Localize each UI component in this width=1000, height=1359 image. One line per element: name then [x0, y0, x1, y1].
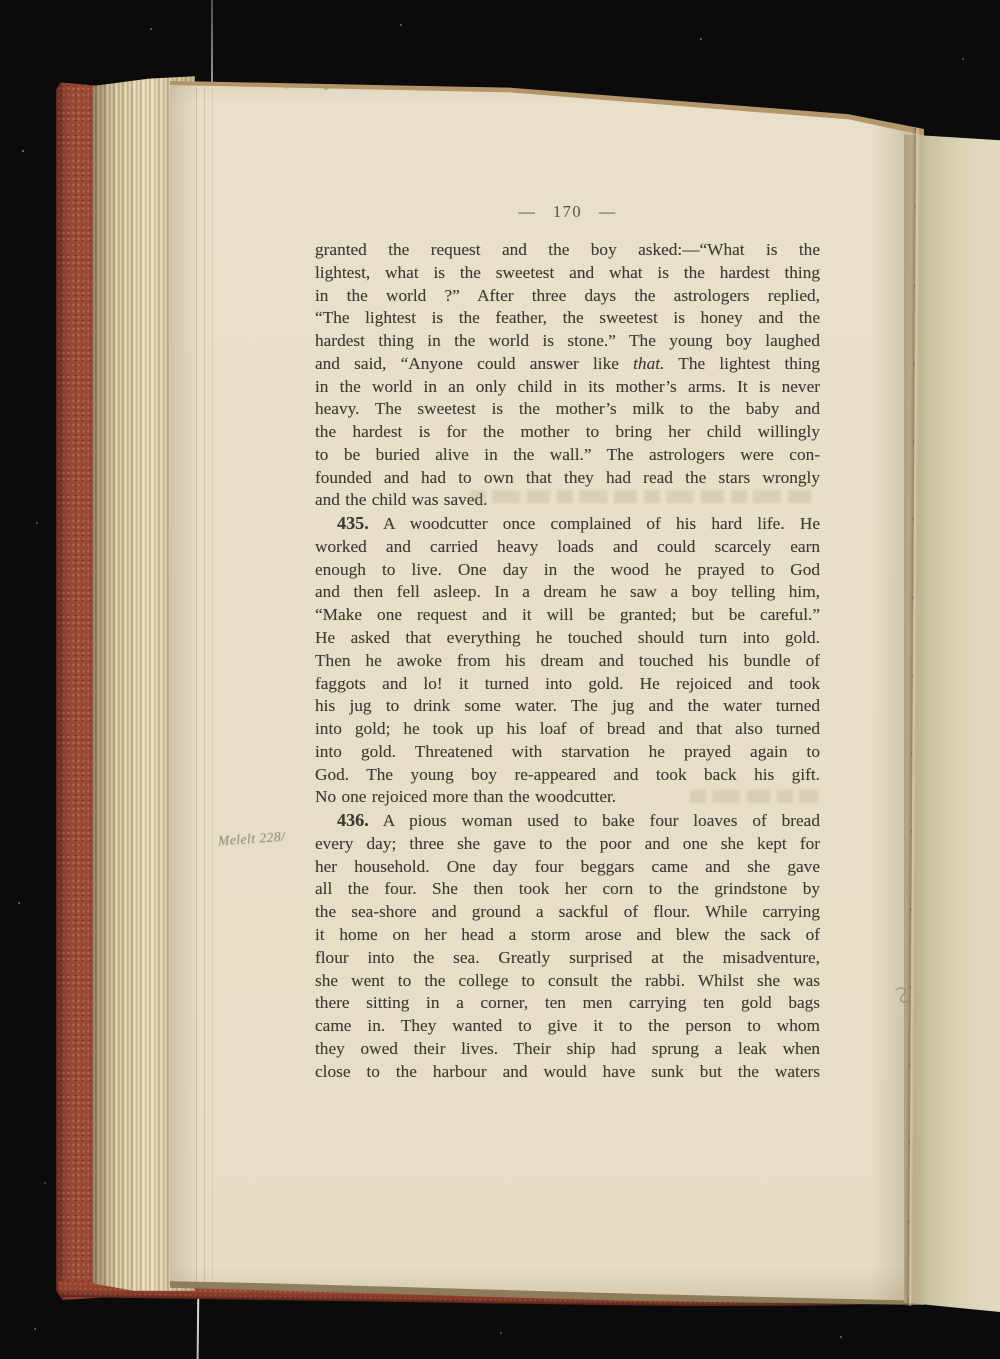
text-line: close to the harbour and would have sunk… — [315, 1061, 820, 1084]
text-line: 436. A pious woman used to bake four loa… — [315, 809, 820, 833]
text-line: into gold. Threatened with starvation he… — [315, 741, 820, 764]
text-line: hardest thing in the world is stone.” Th… — [315, 330, 820, 353]
text-line: they owed their lives. Their ship had sp… — [315, 1038, 820, 1061]
gutter-pencil-mark — [893, 984, 913, 1008]
text-line: all the four. She then took her corn to … — [315, 878, 820, 901]
text-line: lightest, what is the sweetest and what … — [315, 262, 820, 285]
bookmark-string-top — [211, 0, 213, 86]
text-line: God. The young boy re-appeared and took … — [315, 764, 820, 787]
text-line: it home on her head a storm arose and bl… — [315, 924, 820, 947]
text-line: granted the request and the boy asked:—“… — [315, 239, 820, 262]
text-line: heavy. The sweetest is the mother’s milk… — [315, 398, 820, 421]
text-line: in the world in an only child in its mot… — [315, 376, 820, 399]
paragraph: 436. A pious woman used to bake four loa… — [315, 809, 820, 1083]
text-line: flour into the sea. Greatly surprised at… — [315, 947, 820, 970]
text-line: every day; three she gave to the poor an… — [315, 833, 820, 856]
text-line: worked and carried heavy loads and could… — [315, 536, 820, 559]
underleaf-edge-lines — [196, 88, 218, 1288]
text-line: came in. They wanted to give it to the p… — [315, 1015, 820, 1038]
text-line: in the world ?” After three days the ast… — [315, 285, 820, 308]
text-line: 435. A woodcutter once complained of his… — [315, 512, 820, 536]
text-line: “Make one request and it will be granted… — [315, 604, 820, 627]
text-line: and then fell asleep. In a dream he saw … — [315, 581, 820, 604]
paragraph: granted the request and the boy asked:—“… — [315, 239, 820, 512]
show-through-ghost-text — [470, 490, 818, 503]
text-line: “The lightest is the feather, the sweete… — [315, 307, 820, 330]
paragraph: 435. A woodcutter once complained of his… — [315, 512, 820, 809]
text-line: faggots and lo! it turned into gold. He … — [315, 673, 820, 696]
text-line: her household. One day four beggars came… — [315, 856, 820, 879]
margin-note-handwriting: Melelt 228/ — [218, 829, 286, 850]
show-through-ghost-text — [690, 790, 818, 803]
text-line: founded and had to own that they had rea… — [315, 467, 820, 490]
text-line: his jug to drink some water. The jug and… — [315, 695, 820, 718]
text-line: and said, “Anyone could answer like that… — [315, 353, 820, 376]
text-line: the sea-shore and ground a sackful of fl… — [315, 901, 820, 924]
text-block: granted the request and the boy asked:—“… — [315, 239, 820, 1083]
text-line: Then he awoke from his dream and touched… — [315, 650, 820, 673]
text-line: the hardest is for the mother to bring h… — [315, 421, 820, 444]
text-line: there sitting in a corner, ten men carry… — [315, 992, 820, 1015]
text-line: into gold; he took up his loaf of bread … — [315, 718, 820, 741]
dust-speckles — [22, 150, 24, 152]
text-line: to be buried alive in the wall.” The ast… — [315, 444, 820, 467]
book-scan-photo: — 170 — granted the request and the boy … — [0, 0, 1000, 1359]
text-line: He asked that everything he touched shou… — [315, 627, 820, 650]
book-page: — 170 — granted the request and the boy … — [170, 74, 924, 1302]
text-line: enough to live. One day in the wood he p… — [315, 559, 820, 582]
page-number: — 170 — — [315, 202, 820, 222]
text-line: she went to the college to consult the r… — [315, 970, 820, 993]
